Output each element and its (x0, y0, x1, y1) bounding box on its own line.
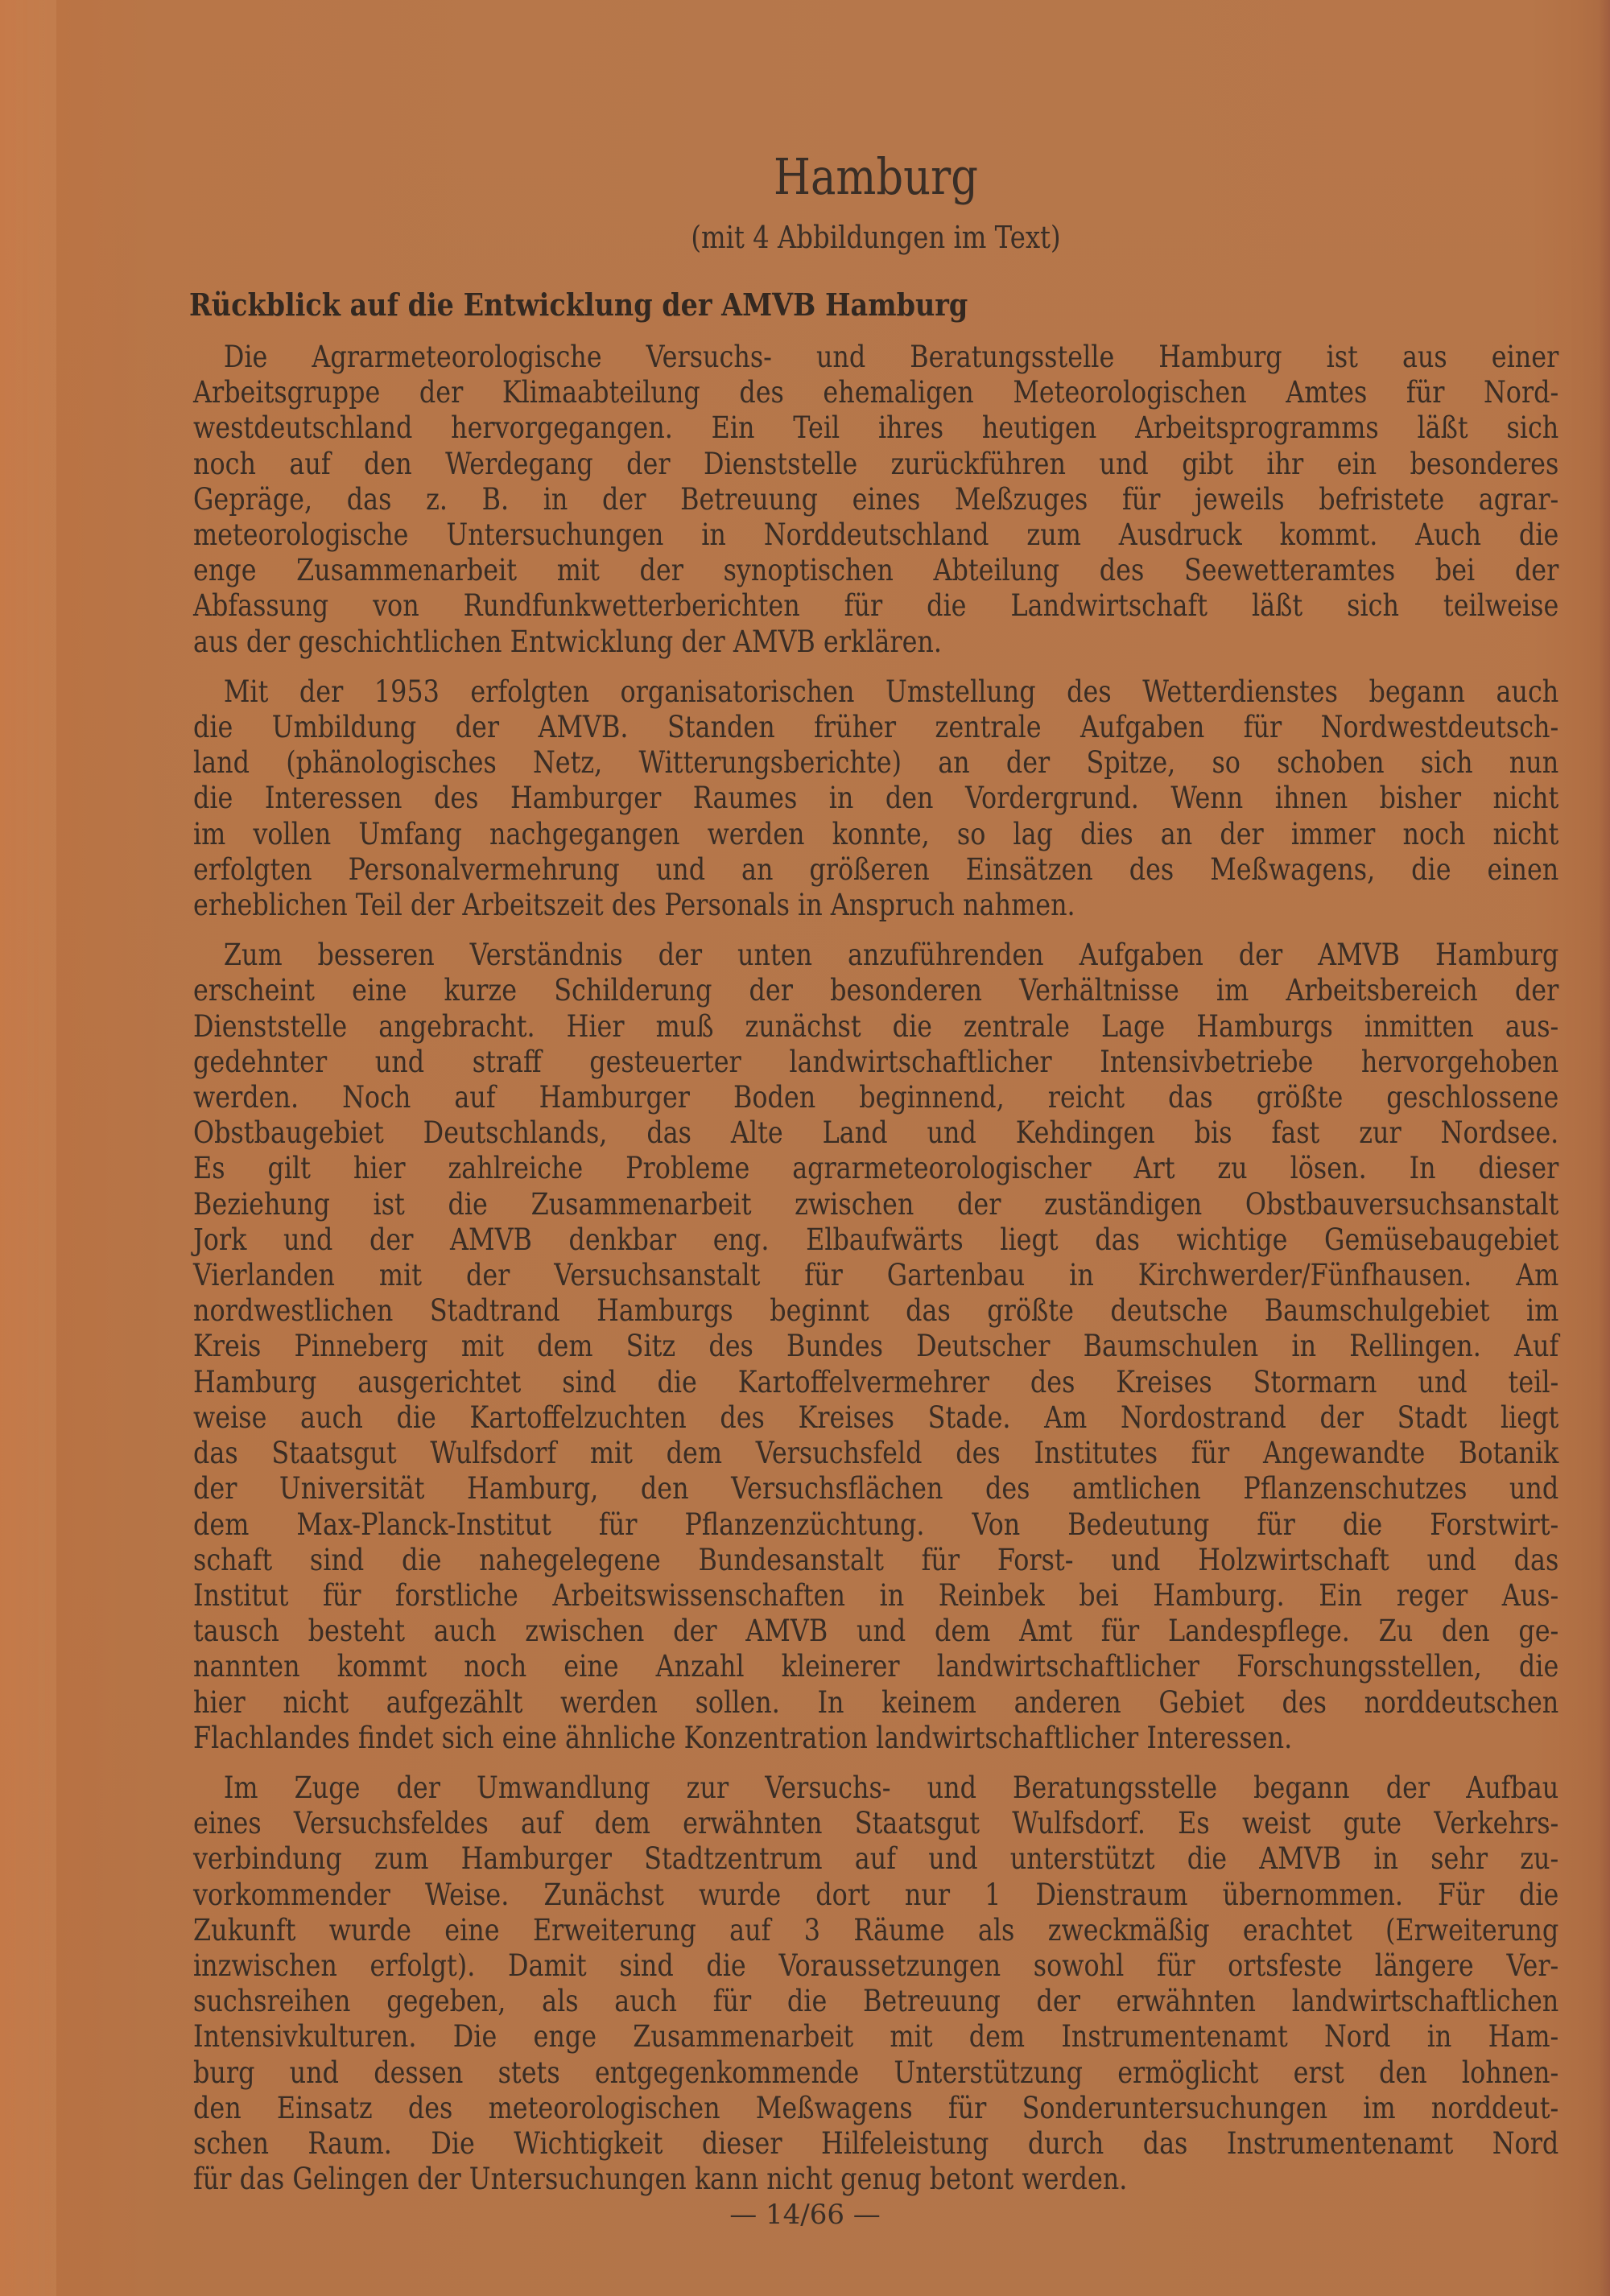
text-line: im vollen Umfang nachgegangen werden kon… (193, 817, 1558, 852)
text-line: Mit der 1953 erfolgten organisatorischen… (193, 674, 1558, 710)
text-line: schaft sind die nahegelegene Bundesansta… (193, 1543, 1558, 1578)
text-line: Arbeitsgruppe der Klimaabteilung des ehe… (193, 375, 1558, 410)
text-line: das Staatsgut Wulfsdorf mit dem Versuchs… (193, 1436, 1558, 1471)
text-line: der Universität Hamburg, den Versuchsflä… (193, 1471, 1558, 1507)
text-line: Dienststelle angebracht. Hier muß zunäch… (193, 1009, 1558, 1045)
text-line: gedehnter und straff gesteuerter landwir… (193, 1045, 1558, 1080)
page-number: — 14/66 — (0, 2197, 1610, 2232)
text-line: westdeutschland hervorgegangen. Ein Teil… (193, 410, 1558, 446)
text-line: erfolgten Personalvermehrung und an größ… (193, 852, 1558, 888)
text-line: Vierlanden mit der Versuchsanstalt für G… (193, 1258, 1558, 1293)
text-line: vorkommender Weise. Zunächst wurde dort … (193, 1878, 1558, 1913)
paragraph-1: Die Agrarmeteorologische Versuchs- und B… (193, 340, 1558, 660)
text-line: Institut für forstliche Arbeitswissensch… (193, 1578, 1558, 1614)
text-line: Abfassung von Rundfunkwetterberichten fü… (193, 588, 1558, 624)
text-line: Zum besseren Verständnis der unten anzuf… (193, 938, 1558, 973)
text-line: eines Versuchsfeldes auf dem erwähnten S… (193, 1806, 1558, 1841)
text-line: enge Zusammenarbeit mit der synoptischen… (193, 553, 1558, 588)
paragraph-4: Im Zuge der Umwandlung zur Versuchs- und… (193, 1770, 1558, 2197)
body-text: Die Agrarmeteorologische Versuchs- und B… (193, 340, 1558, 2197)
text-line: Es gilt hier zahlreiche Probleme agrarme… (193, 1151, 1558, 1186)
text-line: meteorologische Untersuchungen in Nordde… (193, 517, 1558, 553)
document-page: Hamburg (mit 4 Abbildungen im Text) Rück… (193, 145, 1558, 2197)
text-line: inzwischen erfolgt). Damit sind die Vora… (193, 1948, 1558, 1984)
text-line: für das Gelingen der Untersuchungen kann… (193, 2162, 1558, 2197)
text-line: burg und dessen stets entgegenkommende U… (193, 2055, 1558, 2091)
text-line: Flachlandes findet sich eine ähnliche Ko… (193, 1721, 1558, 1756)
text-line: Die Agrarmeteorologische Versuchs- und B… (193, 340, 1558, 375)
page-right-edge (1599, 0, 1610, 2296)
text-line: den Einsatz des meteorologischen Meßwage… (193, 2091, 1558, 2126)
text-line: werden. Noch auf Hamburger Boden beginne… (193, 1080, 1558, 1115)
text-line: hier nicht aufgezählt werden sollen. In … (193, 1685, 1558, 1721)
text-line: die Umbildung der AMVB. Standen früher z… (193, 710, 1558, 745)
page-spine-edge (0, 0, 56, 2296)
text-line: Jork und der AMVB denkbar eng. Elbaufwär… (193, 1222, 1558, 1258)
text-line: Gepräge, das z. B. in der Betreuung eine… (193, 482, 1558, 517)
text-line: weise auch die Kartoffelzuchten des Krei… (193, 1400, 1558, 1436)
text-line: aus der geschichtlichen Entwicklung der … (193, 624, 1558, 660)
text-line: erscheint eine kurze Schilderung der bes… (193, 973, 1558, 1008)
text-line: Im Zuge der Umwandlung zur Versuchs- und… (193, 1770, 1558, 1806)
text-line: verbindung zum Hamburger Stadtzentrum au… (193, 1841, 1558, 1877)
text-line: noch auf den Werdegang der Dienststelle … (193, 447, 1558, 482)
text-line: Zukunft wurde eine Erweiterung auf 3 Räu… (193, 1913, 1558, 1948)
text-line: Beziehung ist die Zusammenarbeit zwische… (193, 1187, 1558, 1222)
text-line: Kreis Pinneberg mit dem Sitz des Bundes … (193, 1329, 1558, 1364)
text-line: land (phänologisches Netz, Witterungsber… (193, 745, 1558, 781)
text-line: nordwestlichen Stadtrand Hamburgs beginn… (193, 1293, 1558, 1329)
page-subtitle: (mit 4 Abbildungen im Text) (295, 217, 1456, 258)
page-title: Hamburg (295, 145, 1456, 209)
text-line: schen Raum. Die Wichtigkeit dieser Hilfe… (193, 2126, 1558, 2162)
text-line: tausch besteht auch zwischen der AMVB un… (193, 1614, 1558, 1649)
text-line: Obstbaugebiet Deutschlands, das Alte Lan… (193, 1115, 1558, 1151)
text-line: die Interessen des Hamburger Raumes in d… (193, 781, 1558, 816)
text-line: Intensivkulturen. Die enge Zusammenarbei… (193, 2019, 1558, 2055)
text-line: erheblichen Teil der Arbeitszeit des Per… (193, 888, 1558, 923)
paragraph-2: Mit der 1953 erfolgten organisatorischen… (193, 674, 1558, 923)
text-line: suchsreihen gegeben, als auch für die Be… (193, 1984, 1558, 2019)
paragraph-3: Zum besseren Verständnis der unten anzuf… (193, 938, 1558, 1756)
text-line: Hamburg ausgerichtet sind die Kartoffelv… (193, 1365, 1558, 1400)
text-line: nannten kommt noch eine Anzahl kleinerer… (193, 1649, 1558, 1684)
section-heading: Rückblick auf die Entwicklung der AMVB H… (189, 285, 1394, 325)
text-line: dem Max-Planck-Institut für Pflanzenzüch… (193, 1507, 1558, 1543)
